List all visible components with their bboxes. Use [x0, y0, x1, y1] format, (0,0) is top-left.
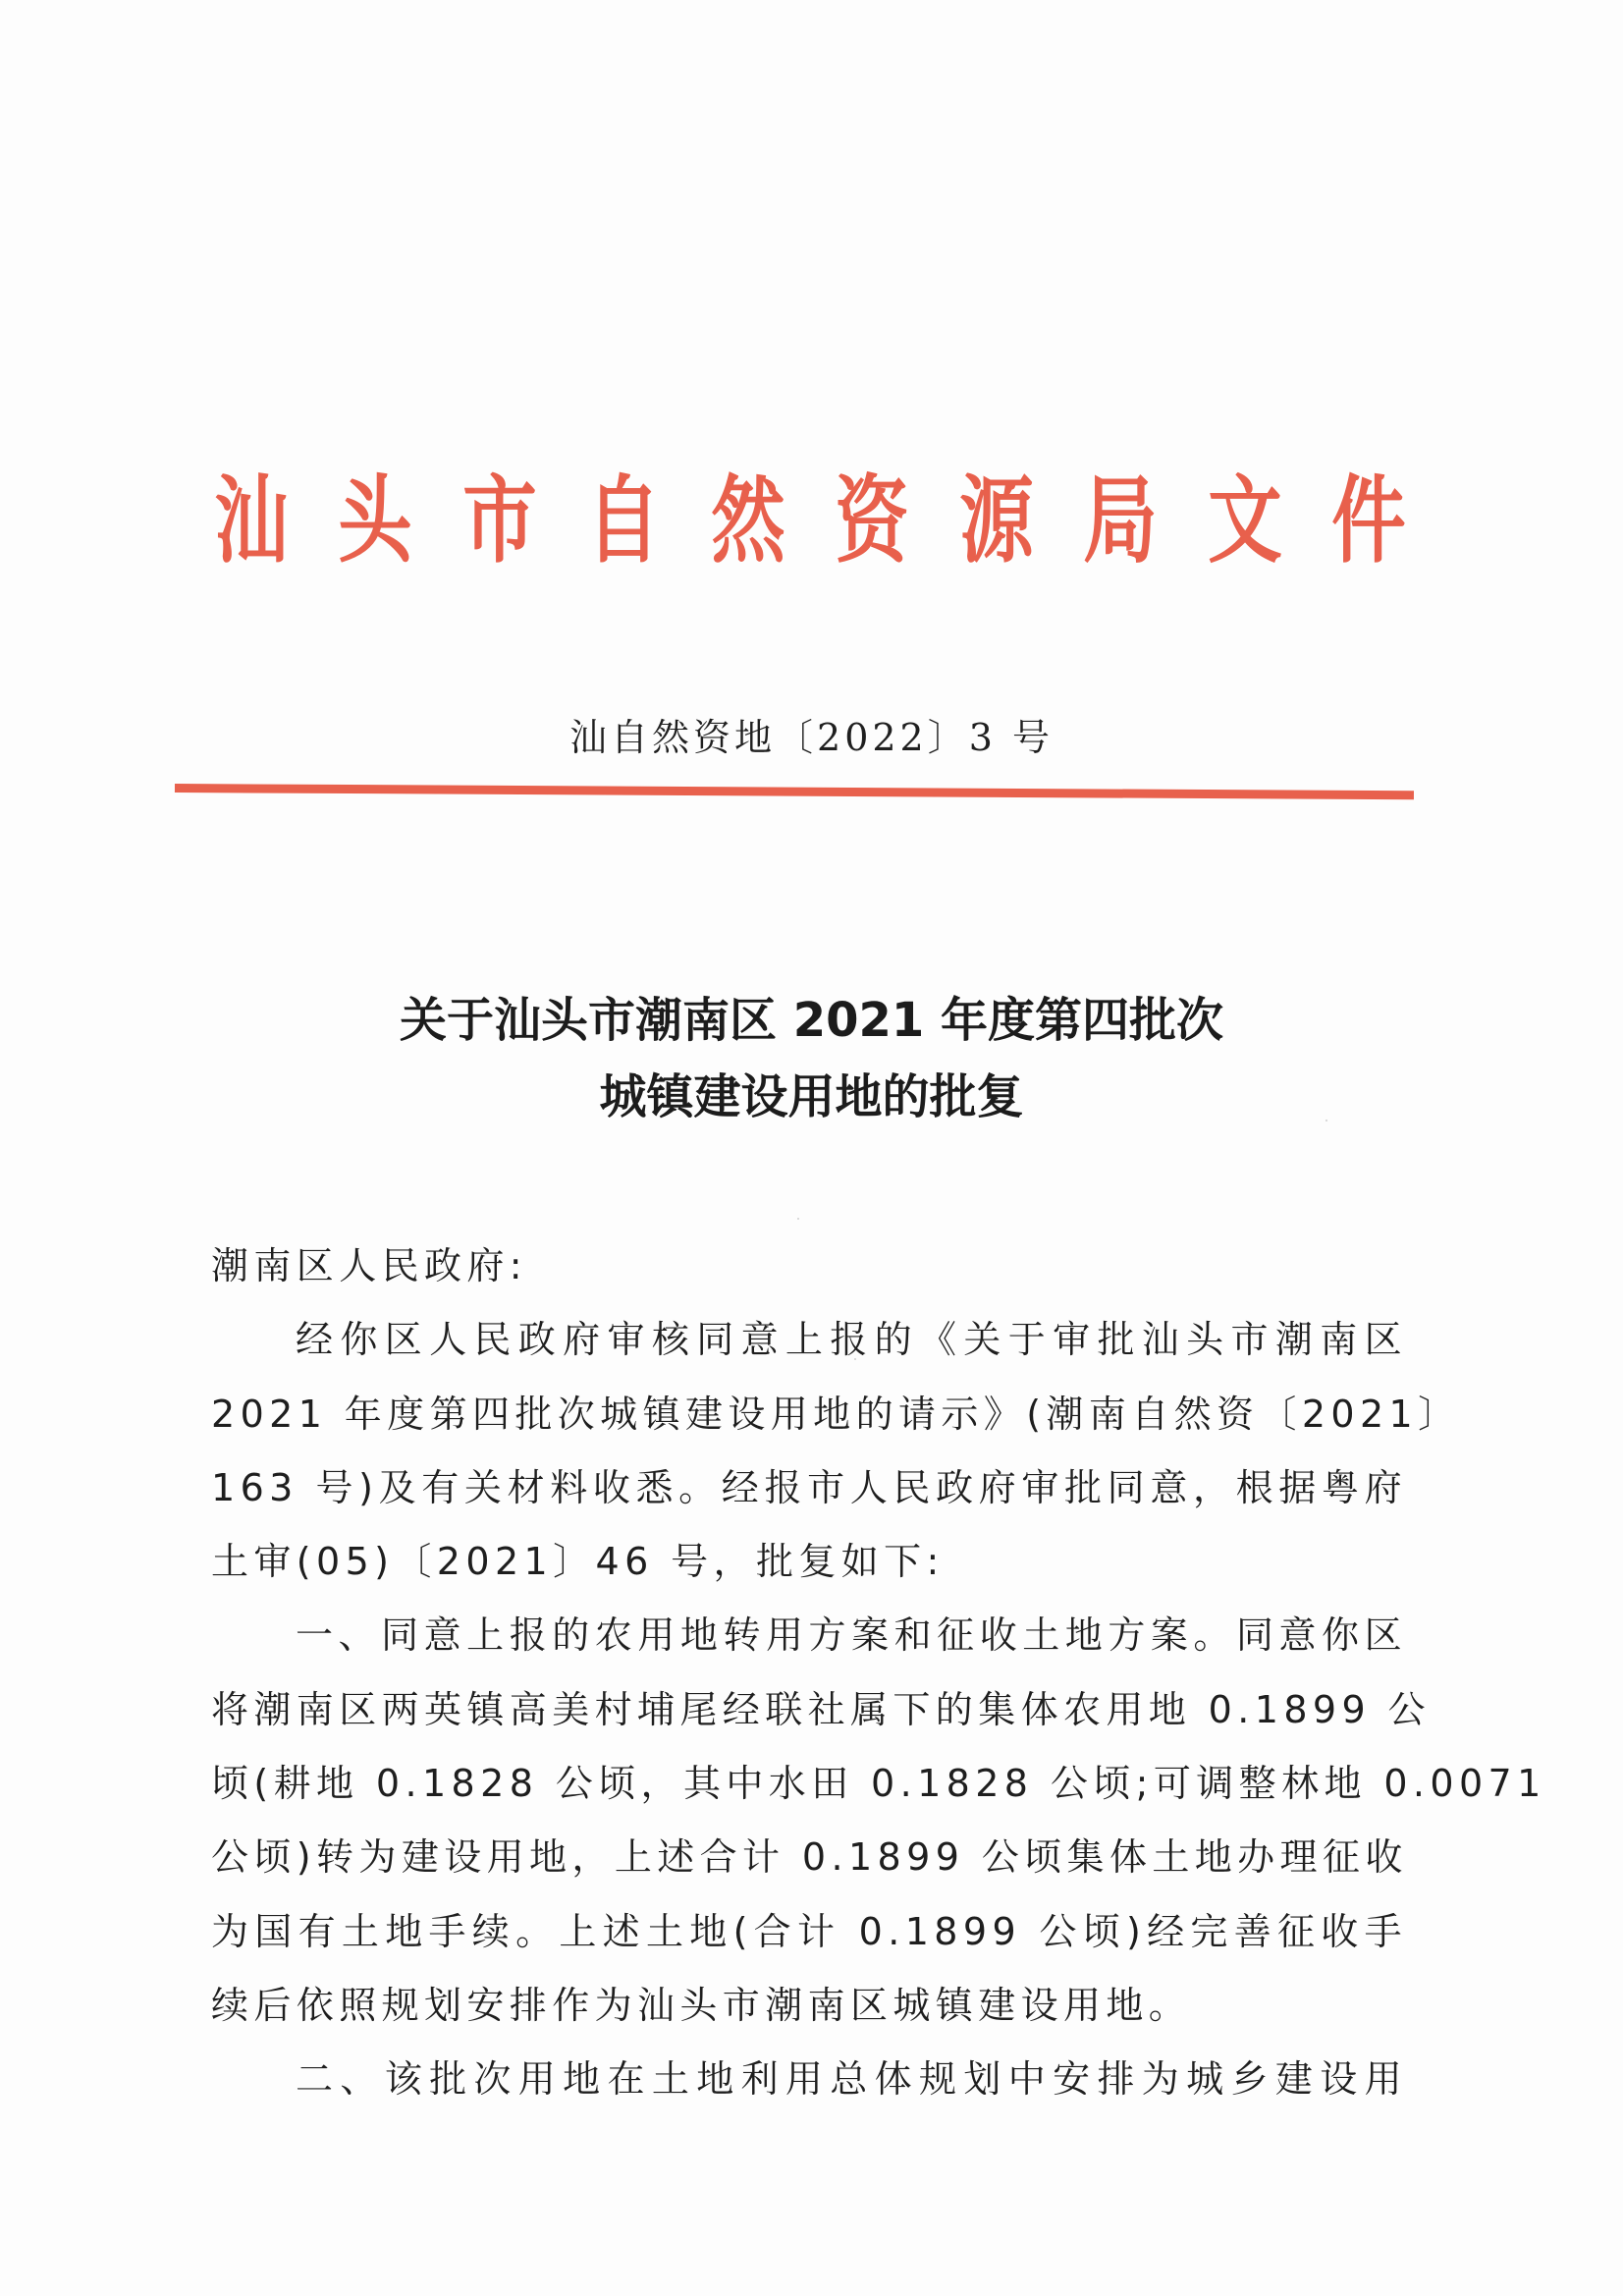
scan-speck	[1325, 1120, 1327, 1121]
document-body: 潮南区人民政府: 经你区人民政府审核同意上报的《关于审批汕头市潮南区 2021 …	[211, 1230, 1407, 2117]
masthead-char: 文	[1208, 473, 1281, 569]
masthead-char: 然	[711, 473, 784, 569]
body-line: 二、该批次用地在土地利用总体规划中安排为城乡建设用	[211, 2043, 1407, 2116]
document-title: 关于汕头市潮南区 2021 年度第四批次 城镇建设用地的批复	[0, 982, 1623, 1135]
body-line: 顷(耕地 0.1828 公顷，其中水田 0.1828 公顷;可调整林地 0.00…	[211, 1747, 1407, 1821]
body-line: 土审(05)〔2021〕46 号，批复如下:	[211, 1525, 1407, 1599]
masthead-char: 自	[587, 473, 661, 569]
title-line-2: 城镇建设用地的批复	[0, 1059, 1623, 1135]
body-line: 公顷)转为建设用地，上述合计 0.1899 公顷集体土地办理征收	[211, 1821, 1407, 1894]
masthead-char: 件	[1331, 473, 1405, 569]
body-line: 为国有土地手续。上述土地(合计 0.1899 公顷)经完善征收手	[211, 1895, 1407, 1969]
body-line: 续后依照规划安排作为汕头市潮南区城镇建设用地。	[211, 1969, 1407, 2043]
addressee: 潮南区人民政府:	[211, 1230, 1407, 1303]
masthead-title: 汕 头 市 自 然 资 源 局 文 件	[206, 462, 1414, 579]
masthead-char: 汕	[214, 473, 288, 569]
masthead-char: 源	[959, 473, 1033, 569]
body-line: 将潮南区两英镇高美村埔尾经联社属下的集体农用地 0.1899 公	[211, 1673, 1407, 1747]
red-divider-rule	[175, 784, 1414, 799]
masthead-char: 头	[339, 473, 412, 569]
masthead-char: 资	[835, 473, 908, 569]
title-line-1: 关于汕头市潮南区 2021 年度第四批次	[0, 982, 1623, 1059]
body-line: 一、同意上报的农用地转用方案和征收土地方案。同意你区	[211, 1599, 1407, 1672]
document-page: 汕 头 市 自 然 资 源 局 文 件 汕自然资地〔2022〕3 号 关于汕头市…	[0, 0, 1623, 2296]
body-line: 经你区人民政府审核同意上报的《关于审批汕头市潮南区	[211, 1303, 1407, 1377]
body-line: 2021 年度第四批次城镇建设用地的请示》(潮南自然资〔2021〕	[211, 1378, 1407, 1451]
scan-speck	[854, 1358, 856, 1360]
document-number: 汕自然资地〔2022〕3 号	[0, 707, 1623, 761]
masthead-char: 局	[1083, 473, 1157, 569]
scan-speck	[797, 1218, 799, 1220]
masthead-char: 市	[462, 473, 536, 569]
body-line: 163 号)及有关材料收悉。经报市人民政府审批同意，根据粤府	[211, 1451, 1407, 1525]
